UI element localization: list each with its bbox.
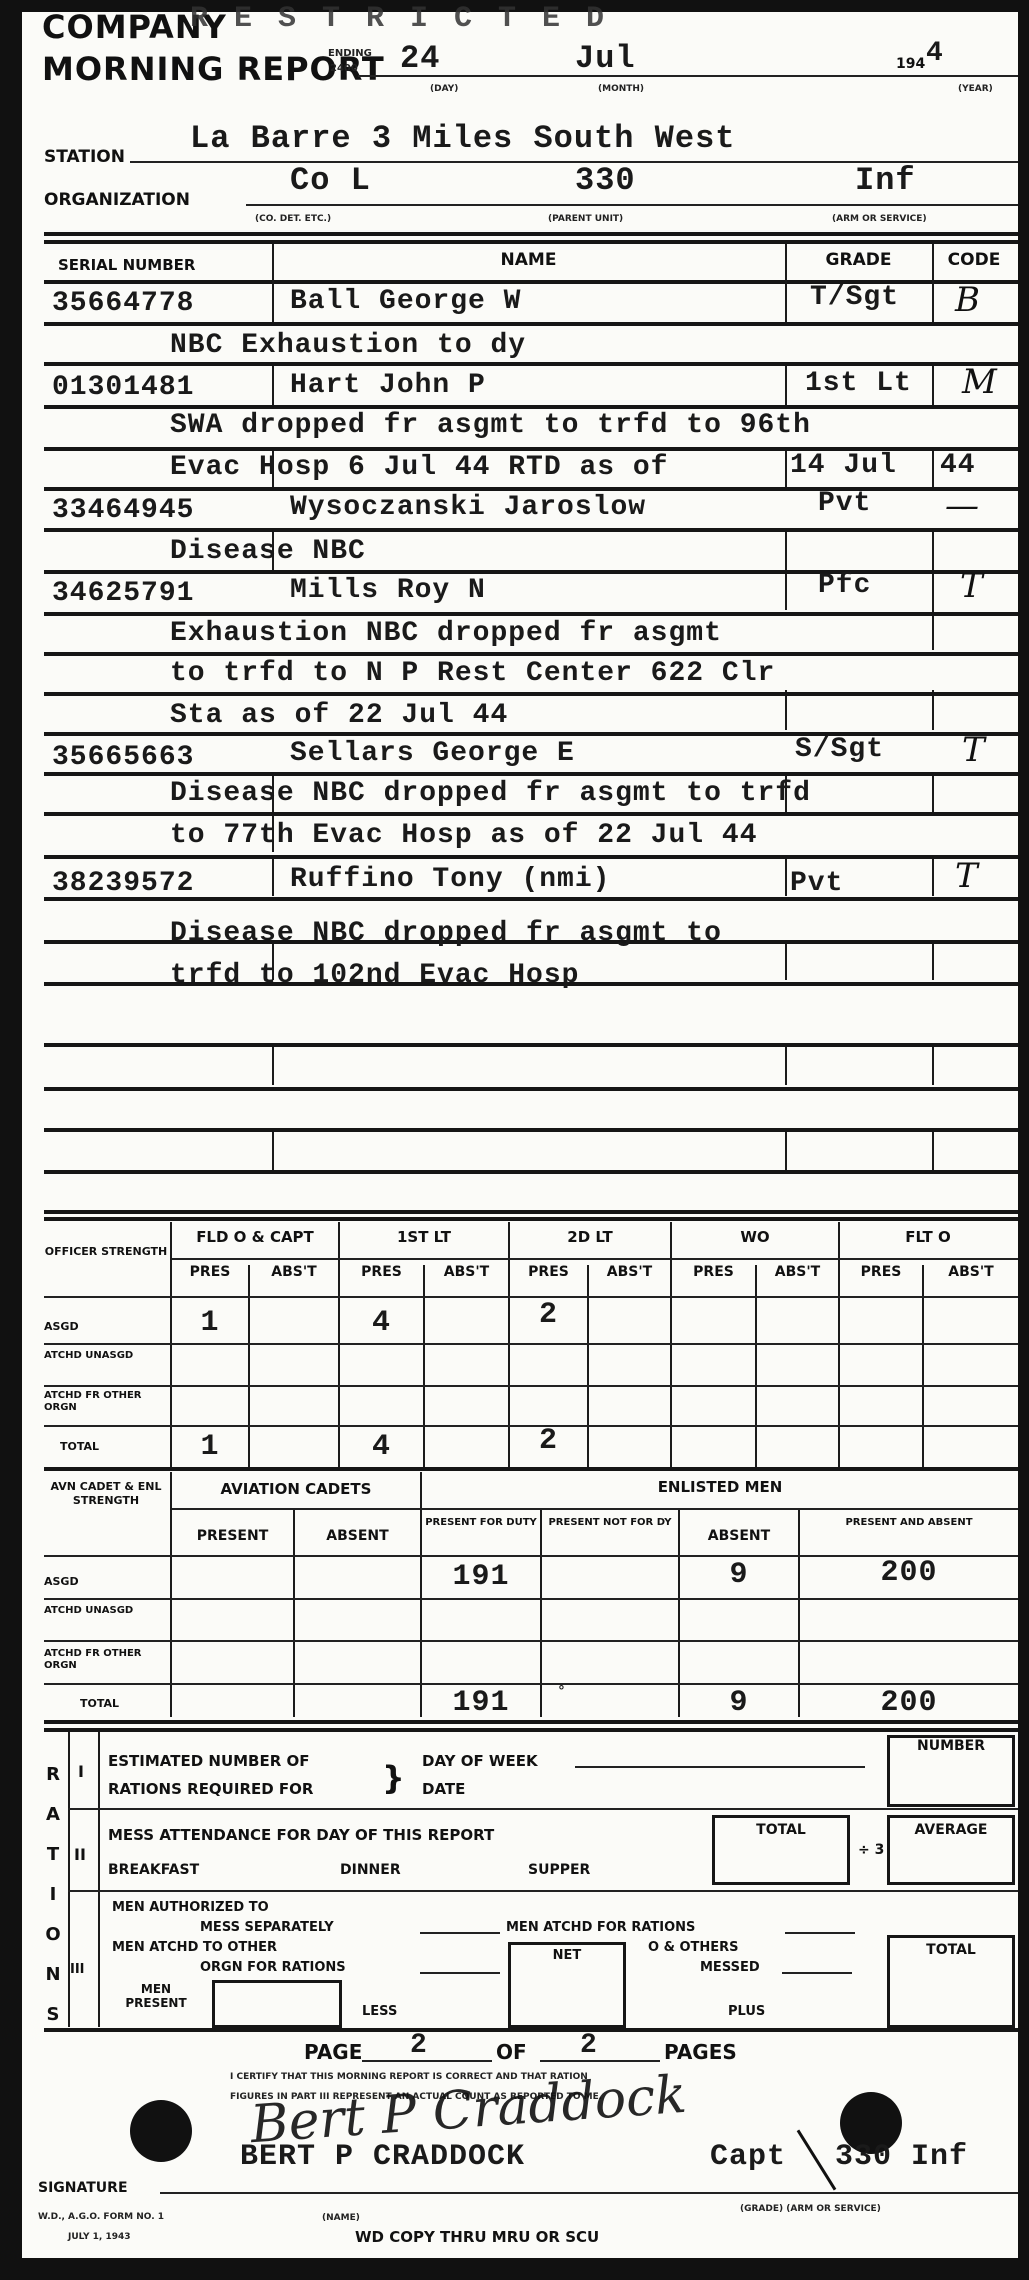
col-present-not-for-duty: PRESENT NOT FOR DY — [542, 1516, 678, 1529]
group-wo: WO — [672, 1228, 838, 1246]
section-i-numeral: I — [78, 1762, 84, 1781]
group-1st-lt: 1ST LT — [340, 1228, 508, 1246]
officer-strength-header: OFFICER STRENGTH — [44, 1245, 168, 1259]
officer-total: 2 — [510, 1424, 587, 1458]
entry-remark: Disease NBC — [170, 536, 366, 567]
org-arm-caption: (ARM OR SERVICE) — [832, 214, 927, 224]
net-label: NET — [510, 1948, 624, 1963]
page-total: 2 — [580, 2030, 598, 2061]
entry-remark: Evac Hosp 6 Jul 44 RTD as of — [170, 452, 668, 483]
sub-abst: ABS'T — [757, 1264, 838, 1280]
report-year-digit: 4 — [926, 38, 944, 69]
present-and-absent-total: 200 — [800, 1686, 1018, 1720]
year-prefix: 194 — [896, 56, 925, 72]
absent-total: 9 — [680, 1686, 798, 1720]
signature-label: SIGNATURE — [38, 2180, 128, 2196]
rtd-date: 14 Jul — [790, 450, 897, 481]
col-avn-absent: ABSENT — [295, 1528, 420, 1544]
men-authorized-label-2: MESS SEPARATELY — [200, 1920, 334, 1935]
grade: T/Sgt — [810, 282, 899, 313]
entry-remark: trfd to 102nd Evac Hosp — [170, 960, 579, 991]
enlisted-strength-header: AVN CADET & ENL STRENGTH — [44, 1480, 168, 1508]
group-aviation-cadets: AVIATION CADETS — [172, 1480, 420, 1498]
col-header-serial: SERIAL NUMBER — [58, 256, 195, 274]
grade: Pvt — [790, 868, 843, 899]
less-label: LESS — [362, 2004, 397, 2019]
code: — — [945, 486, 979, 526]
present-and-absent-value: 200 — [800, 1556, 1018, 1590]
distribution-note: WD COPY THRU MRU OR SCU — [355, 2228, 599, 2246]
others-messed-label-2: MESSED — [700, 1960, 760, 1975]
day-of-week-label: DAY OF WEEK — [422, 1752, 538, 1770]
station-label: STATION — [44, 147, 125, 167]
men-present-label: MEN PRESENT — [100, 1982, 212, 2010]
year-caption: (YEAR) — [958, 84, 993, 94]
sub-pres: PRES — [172, 1264, 248, 1280]
entry-remark: Disease NBC dropped fr asgmt to trfd — [170, 778, 811, 809]
supper-label: SUPPER — [528, 1862, 590, 1878]
row-label-atchd-unasgd: ATCHD UNASGD — [44, 1350, 164, 1362]
date-label: DATE — [422, 1780, 465, 1798]
divide-by-three: ÷ 3 — [858, 1842, 884, 1858]
rations-estimate-label-2: RATIONS REQUIRED FOR — [108, 1780, 313, 1798]
binder-hole-left — [130, 2100, 192, 2162]
sub-pres: PRES — [510, 1264, 587, 1280]
organization-arm: Inf — [855, 162, 916, 199]
grade: Pvt — [818, 488, 871, 519]
men-authorized-label-1: MEN AUTHORIZED TO — [112, 1900, 269, 1915]
report-month: Jul — [575, 40, 636, 77]
entry-remark: Disease NBC dropped fr asgmt to — [170, 918, 722, 949]
form-number: W.D., A.G.O. FORM NO. 1 — [38, 2212, 164, 2222]
person-name: Hart John P — [290, 370, 486, 401]
row-label-asgd: ASGD — [44, 1320, 79, 1333]
page-number: 2 — [410, 2030, 428, 2061]
officer-value: 1 — [172, 1306, 248, 1340]
code: T — [955, 856, 978, 896]
present-for-duty-value: 191 — [422, 1560, 540, 1594]
rtd-year: 44 — [940, 450, 976, 481]
serial-number: 01301481 — [52, 372, 194, 403]
entry-remark: to trfd to N P Rest Center 622 Clr — [170, 658, 775, 689]
ending-time-label: 2400 — [330, 63, 358, 74]
rations-side-label: R A T I O N S — [38, 1755, 68, 2035]
col-enl-absent: ABSENT — [680, 1528, 798, 1544]
person-name: Ruffino Tony (nmi) — [290, 864, 610, 895]
day-caption: (DAY) — [430, 84, 458, 94]
group-2d-lt: 2D LT — [510, 1228, 670, 1246]
officer-total: 1 — [172, 1430, 248, 1464]
form-date: JULY 1, 1943 — [68, 2232, 131, 2242]
person-name: Wysoczanski Jaroslow — [290, 492, 646, 523]
organization-parent-unit: 330 — [575, 162, 636, 199]
org-company-caption: (CO. DET. ETC.) — [255, 214, 331, 224]
dinner-label: DINNER — [340, 1862, 401, 1878]
sub-abst: ABS'T — [425, 1264, 508, 1280]
serial-number: 35665663 — [52, 742, 194, 773]
group-flt-o: FLT O — [840, 1228, 1016, 1246]
person-name: Sellars George E — [290, 738, 575, 769]
breakfast-label: BREAKFAST — [108, 1862, 199, 1878]
entry-remark: to 77th Evac Hosp as of 22 Jul 44 — [170, 820, 758, 851]
serial-number: 33464945 — [52, 495, 194, 526]
mess-attendance-label: MESS ATTENDANCE FOR DAY OF THIS REPORT — [108, 1826, 494, 1844]
classification-stamp: R E S T R I C T E D — [190, 2, 608, 36]
sub-abst: ABS'T — [924, 1264, 1018, 1280]
serial-number: 35664778 — [52, 288, 194, 319]
row-label-total: TOTAL — [60, 1440, 99, 1453]
group-fld-o-capt: FLD O & CAPT — [172, 1228, 338, 1246]
report-day: 24 — [400, 40, 440, 77]
section-ii-numeral: II — [74, 1845, 86, 1864]
officer-total: 4 — [340, 1430, 423, 1464]
row-label-total: TOTAL — [80, 1697, 119, 1710]
mess-total-label: TOTAL — [714, 1822, 848, 1838]
absent-value: 9 — [680, 1558, 798, 1592]
men-atchd-other-label-1: MEN ATCHD TO OTHER — [112, 1940, 277, 1955]
entry-remark: Exhaustion NBC dropped fr asgmt — [170, 618, 722, 649]
grade: 1st Lt — [805, 368, 912, 399]
sub-abst: ABS'T — [589, 1264, 670, 1280]
sub-pres: PRES — [840, 1264, 922, 1280]
signer-grade: Capt — [710, 2140, 786, 2174]
men-atchd-other-label-2: ORGN FOR RATIONS — [200, 1960, 346, 1975]
ending-label: ENDING — [328, 48, 372, 59]
of-label: OF — [496, 2040, 527, 2064]
col-header-grade: GRADE — [785, 250, 932, 270]
rations-total-label: TOTAL — [889, 1942, 1013, 1958]
row-label-atchd-fr-other: ATCHD FR OTHER ORGN — [44, 1648, 164, 1672]
col-present-and-absent: PRESENT AND ABSENT — [800, 1516, 1018, 1529]
name-caption: (NAME) — [322, 2213, 360, 2223]
serial-number: 38239572 — [52, 868, 194, 899]
average-label: AVERAGE — [889, 1822, 1013, 1838]
row-label-atchd-fr-other: ATCHD FR OTHER ORGN — [44, 1390, 164, 1414]
brace-icon: } — [382, 1752, 405, 1804]
col-present-for-duty: PRESENT FOR DUTY — [422, 1516, 540, 1529]
sub-abst: ABS'T — [250, 1264, 338, 1280]
others-messed-label-1: O & OTHERS — [648, 1940, 739, 1955]
station-value: La Barre 3 Miles South West — [190, 120, 735, 157]
serial-number: 34625791 — [52, 578, 194, 609]
grade-arm-caption: (GRADE) (ARM OR SERVICE) — [740, 2204, 881, 2214]
page-label: PAGE — [304, 2040, 362, 2064]
entry-remark: SWA dropped fr asgmt to trfd to 96th — [170, 410, 811, 441]
officer-value: 2 — [510, 1298, 587, 1332]
col-header-name: NAME — [272, 250, 785, 270]
grade: Pfc — [818, 570, 871, 601]
sub-pres: PRES — [672, 1264, 755, 1280]
grade: S/Sgt — [795, 734, 884, 765]
rations-estimate-label-1: ESTIMATED NUMBER OF — [108, 1752, 310, 1770]
person-name: Ball George W — [290, 286, 521, 317]
group-enlisted-men: ENLISTED MEN — [422, 1478, 1018, 1496]
code: M — [962, 362, 997, 402]
org-parent-caption: (PARENT UNIT) — [548, 214, 623, 224]
men-present-box — [212, 1980, 342, 2028]
organization-label: ORGANIZATION — [44, 190, 190, 210]
plus-label: PLUS — [728, 2004, 765, 2019]
signer-unit: 330 Inf — [835, 2140, 968, 2174]
entry-remark: Sta as of 22 Jul 44 — [170, 700, 508, 731]
sub-pres: PRES — [340, 1264, 423, 1280]
present-for-duty-total: 191 — [422, 1686, 540, 1720]
code: T — [960, 566, 983, 606]
present-not-for-duty-mark: ° — [542, 1684, 582, 1700]
organization-company: Co L — [290, 162, 371, 199]
code: T — [962, 730, 985, 770]
number-label: NUMBER — [889, 1738, 1013, 1754]
row-label-asgd: ASGD — [44, 1575, 79, 1588]
col-avn-present: PRESENT — [172, 1528, 293, 1544]
officer-value: 4 — [340, 1306, 423, 1340]
men-atchd-for-rations-label: MEN ATCHD FOR RATIONS — [506, 1920, 695, 1935]
col-header-code: CODE — [932, 250, 1016, 270]
row-label-atchd-unasgd: ATCHD UNASGD — [44, 1605, 164, 1617]
signer-name: BERT P CRADDOCK — [240, 2140, 525, 2174]
code: B — [955, 280, 980, 320]
section-iii-numeral: III — [70, 1962, 85, 1977]
pages-label: PAGES — [664, 2040, 737, 2064]
person-name: Mills Roy N — [290, 575, 486, 606]
entry-remark: NBC Exhaustion to dy — [170, 330, 526, 361]
month-caption: (MONTH) — [598, 84, 644, 94]
